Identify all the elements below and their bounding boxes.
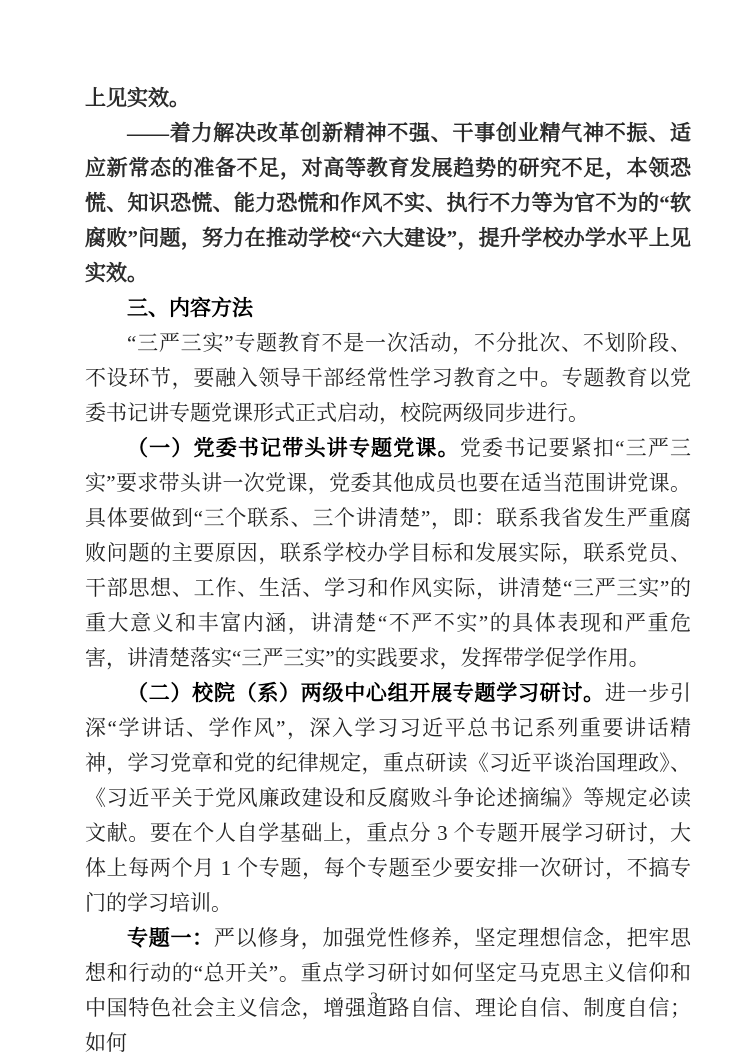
item-2-lead: （二）校院（系）两级中心组开展专题学习研讨。 [127,681,605,705]
section-heading: 三、内容方法 [85,291,691,326]
page-number: - 3 - [0,988,750,1010]
paragraph-intro: “三严三实”专题教育不是一次活动，不分批次、不划阶段、不设环节，要融入领导干部经… [85,326,691,431]
document-body: 上见实效。 ——着力解决改革创新精神不强、干事创业精气神不振、适应新常态的准备不… [85,81,691,1061]
document-page: 上见实效。 ——着力解决改革创新精神不强、干事创业精气神不振、适应新常态的准备不… [0,0,750,1061]
item-2-body: 进一步引深“学讲话、学作风”，深入学习习近平总书记系列重要讲话精神，学习党章和党… [85,681,691,915]
paragraph-item-2: （二）校院（系）两级中心组开展专题学习研讨。进一步引深“学讲话、学作风”，深入学… [85,676,691,921]
topic-1-lead: 专题一： [127,926,214,950]
paragraph-continuation: 上见实效。 [85,81,691,116]
item-1-lead: （一）党委书记带头讲专题党课。 [127,436,460,460]
paragraph-dash-item: ——着力解决改革创新精神不强、干事创业精气神不振、适应新常态的准备不足，对高等教… [85,116,691,291]
item-1-body: 党委书记要紧扣“三严三实”要求带头讲一次党课，党委其他成员也要在适当范围讲党课。… [85,436,691,670]
paragraph-item-1: （一）党委书记带头讲专题党课。党委书记要紧扣“三严三实”要求带头讲一次党课，党委… [85,431,691,676]
